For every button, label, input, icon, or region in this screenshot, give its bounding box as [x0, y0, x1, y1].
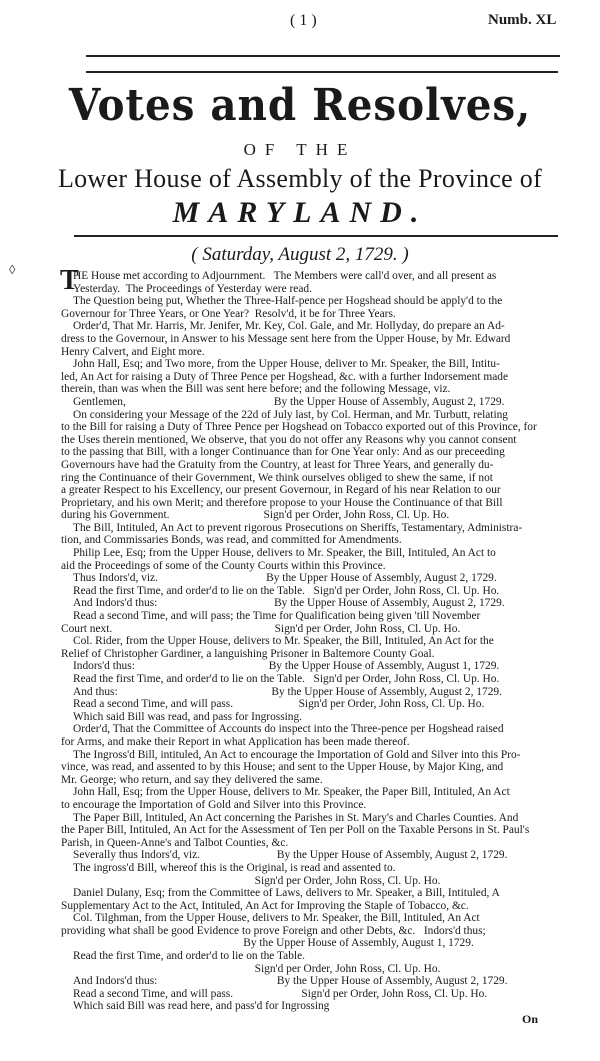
text-line-content: On considering your Message of the 22d o…	[73, 409, 508, 421]
masthead-subtitle: Lower House of Assembly of the Province …	[0, 164, 600, 194]
issue-number: Numb. XL	[488, 12, 556, 29]
text-line: Read the first Time, and order'd to lie …	[61, 673, 540, 686]
catchword: On	[522, 1012, 538, 1027]
text-line-content: The Paper Bill, Intituled, An Act concer…	[73, 812, 518, 824]
text-line: Read a second Time, and will pass. Sign'…	[61, 988, 540, 1001]
text-line: Henry Calvert, and Eight more.	[61, 346, 540, 359]
text-line: John Hall, Esq; and Two more, from the U…	[61, 358, 540, 371]
text-line: providing what shall be good Evidence to…	[61, 925, 540, 938]
text-line: vince, was read, and assented to by this…	[61, 761, 540, 774]
text-line: Yesterday. The Proceedings of Yesterday …	[61, 283, 540, 296]
text-line-content: Thus Indors'd, viz. By the Upper House o…	[73, 572, 497, 584]
text-line-content: Yesterday. The Proceedings of Yesterday …	[73, 283, 312, 295]
text-line-content: providing what shall be good Evidence to…	[61, 925, 486, 937]
text-line: Read a second Time, and will pass. Sign'…	[61, 698, 540, 711]
text-line-content: during his Government. Sign'd per Order,…	[61, 509, 449, 521]
top-rule-divider	[86, 55, 560, 57]
text-line-content: a greater Respect to his Excellency, our…	[61, 484, 501, 496]
text-line-content: Sign'd per Order, John Ross, Cl. Up. Ho.	[61, 963, 440, 975]
masthead-rule-divider	[74, 235, 558, 237]
text-line-content: Which said Bill was read here, and pass'…	[73, 1000, 329, 1012]
text-line: Governour for Three Years, or One Year? …	[61, 308, 540, 321]
text-line-content: the Paper Bill, Intituled, An Act for th…	[61, 824, 529, 836]
text-line: And thus: By the Upper House of Assembly…	[61, 686, 540, 699]
text-line: for Arms, and make their Report in what …	[61, 736, 540, 749]
text-line: dress to the Governour, in Answer to his…	[61, 333, 540, 346]
text-line: THE House met according to Adjournment. …	[61, 270, 540, 283]
text-line-content: Read a second Time, and will pass; the T…	[73, 610, 480, 622]
text-line-content: Order'd, That Mr. Harris, Mr. Jenifer, M…	[73, 320, 505, 332]
text-line: Proprietary, and his own Merit; and ther…	[61, 497, 540, 510]
text-line: Sign'd per Order, John Ross, Cl. Up. Ho.	[61, 875, 540, 888]
text-line: to encourage the Importation of Gold and…	[61, 799, 540, 812]
text-line: Court next. Sign'd per Order, John Ross,…	[61, 623, 540, 636]
text-line: during his Government. Sign'd per Order,…	[61, 509, 540, 522]
text-line: Daniel Dulany, Esq; from the Committee o…	[61, 887, 540, 900]
text-line: Which said Bill was read here, and pass'…	[61, 1000, 540, 1013]
text-line: Parish, in Queen-Anne's and Talbot Count…	[61, 837, 540, 850]
text-line-content: John Hall, Esq; and Two more, from the U…	[73, 358, 500, 370]
text-line: Severally thus Indors'd, viz. By the Upp…	[61, 849, 540, 862]
text-line: the Uses therein mentioned, We observe, …	[61, 434, 540, 447]
text-line: Read the first Time, and order'd to lie …	[61, 950, 540, 963]
text-line: And Indors'd thus: By the Upper House of…	[61, 975, 540, 988]
text-line-content: Gentlemen, By the Upper House of Assembl…	[73, 396, 504, 408]
text-line: The ingross'd Bill, whereof this is the …	[61, 862, 540, 875]
text-line-content: Governours have had the Gratuity from th…	[61, 459, 493, 471]
text-line-content: Which said Bill was read, and pass for I…	[73, 711, 302, 723]
masthead-title: Votes and Resolves,	[24, 80, 576, 131]
text-line-content: Court next. Sign'd per Order, John Ross,…	[61, 623, 460, 635]
text-line-content: Governour for Three Years, or One Year? …	[61, 308, 396, 320]
text-line-content: Philip Lee, Esq; from the Upper House, d…	[73, 547, 496, 559]
text-line-content: Parish, in Queen-Anne's and Talbot Count…	[61, 837, 288, 849]
text-line: Thus Indors'd, viz. By the Upper House o…	[61, 572, 540, 585]
text-line-content: Sign'd per Order, John Ross, Cl. Up. Ho.	[61, 875, 440, 887]
text-line-content: Read the first Time, and order'd to lie …	[73, 950, 305, 962]
text-line: Gentlemen, By the Upper House of Assembl…	[61, 396, 540, 409]
text-line-content: Severally thus Indors'd, viz. By the Upp…	[73, 849, 507, 861]
text-line: tion, and Commissaries Bonds, was read, …	[61, 534, 540, 547]
text-line-content: Read the first Time, and order'd to lie …	[73, 585, 499, 597]
text-line: Supplementary Act to the Act, Intituled,…	[61, 900, 540, 913]
text-line-content: Relief of Christopher Gardiner, a langui…	[61, 648, 434, 660]
text-line: By the Upper House of Assembly, August 1…	[61, 937, 540, 950]
text-line-content: aid the Proceedings of some of the Count…	[61, 560, 386, 572]
text-line: Which said Bill was read, and pass for I…	[61, 711, 540, 724]
text-line-content: to encourage the Importation of Gold and…	[61, 799, 366, 811]
text-line: On considering your Message of the 22d o…	[61, 409, 540, 422]
text-line: Order'd, That Mr. Harris, Mr. Jenifer, M…	[61, 320, 540, 333]
text-line-content: Read a second Time, and will pass. Sign'…	[73, 698, 484, 710]
text-line-content: The Question being put, Whether the Thre…	[73, 295, 502, 307]
text-line: Relief of Christopher Gardiner, a langui…	[61, 648, 540, 661]
text-line: Mr. George; who return, and say they del…	[61, 774, 540, 787]
text-line: The Bill, Intituled, An Act to prevent r…	[61, 522, 540, 535]
text-line-content: Daniel Dulany, Esq; from the Committee o…	[73, 887, 500, 899]
text-line-content: And Indors'd thus: By the Upper House of…	[73, 975, 507, 987]
text-line-content: Col. Rider, from the Upper House, delive…	[73, 635, 494, 647]
date-line: ( Saturday, August 2, 1729. )	[0, 244, 600, 266]
text-line: aid the Proceedings of some of the Count…	[61, 560, 540, 573]
document-page: ( 1 ) Numb. XL Votes and Resolves, OF TH…	[0, 0, 600, 1061]
text-line-content: Order'd, That the Committee of Accounts …	[73, 723, 504, 735]
margin-mark-icon: ◊	[9, 262, 15, 278]
text-line-content: the Uses therein mentioned, We observe, …	[61, 434, 516, 446]
text-line-content: The Ingross'd Bill, intituled, An Act to…	[73, 749, 521, 761]
text-line: Read a second Time, and will pass; the T…	[61, 610, 540, 623]
text-line: ring the Continuance of their Government…	[61, 472, 540, 485]
text-line-content: HE House met according to Adjournment. T…	[73, 270, 496, 282]
text-line: Sign'd per Order, John Ross, Cl. Up. Ho.	[61, 963, 540, 976]
text-line-content: vince, was read, and assented to by this…	[61, 761, 503, 773]
text-line: the Paper Bill, Intituled, An Act for th…	[61, 824, 540, 837]
text-line-content: John Hall, Esq; from the Upper House, de…	[73, 786, 510, 798]
second-rule-divider	[86, 71, 558, 73]
masthead-province: MARYLAND.	[0, 196, 600, 230]
text-line: Governours have had the Gratuity from th…	[61, 459, 540, 472]
text-line-content: Supplementary Act to the Act, Intituled,…	[61, 900, 469, 912]
text-line-content: Col. Tilghman, from the Upper House, del…	[73, 912, 480, 924]
text-line: The Ingross'd Bill, intituled, An Act to…	[61, 749, 540, 762]
text-line-content: And Indors'd thus: By the Upper House of…	[73, 597, 505, 609]
text-line-content: Read a second Time, and will pass. Sign'…	[73, 988, 487, 1000]
text-line-content: Read the first Time, and order'd to lie …	[73, 673, 499, 685]
text-line-content: Proprietary, and his own Merit; and ther…	[61, 497, 503, 509]
text-line-content: dress to the Governour, in Answer to his…	[61, 333, 510, 345]
masthead-of-the: OF THE	[0, 140, 600, 160]
text-line-content: The ingross'd Bill, whereof this is the …	[73, 862, 396, 874]
text-line: The Question being put, Whether the Thre…	[61, 295, 540, 308]
text-line: Col. Tilghman, from the Upper House, del…	[61, 912, 540, 925]
text-line-content: And thus: By the Upper House of Assembly…	[73, 686, 502, 698]
text-line: Read the first Time, and order'd to lie …	[61, 585, 540, 598]
text-line-content: The Bill, Intituled, An Act to prevent r…	[73, 522, 522, 534]
text-line: Philip Lee, Esq; from the Upper House, d…	[61, 547, 540, 560]
text-line: And Indors'd thus: By the Upper House of…	[61, 597, 540, 610]
text-line: Col. Rider, from the Upper House, delive…	[61, 635, 540, 648]
text-line-content: led, An Act for raising a Duty of Three …	[61, 371, 508, 383]
text-line: John Hall, Esq; from the Upper House, de…	[61, 786, 540, 799]
text-line: to the Bill for raising a Duty of Three …	[61, 421, 540, 434]
text-line: The Paper Bill, Intituled, An Act concer…	[61, 812, 540, 825]
proceedings-body: THE House met according to Adjournment. …	[61, 270, 540, 1013]
text-line: led, An Act for raising a Duty of Three …	[61, 371, 540, 384]
text-line-content: By the Upper House of Assembly, August 1…	[61, 937, 474, 949]
text-line-content: for Arms, and make their Report in what …	[61, 736, 410, 748]
text-line: to the passing that Bill, with a longer …	[61, 446, 540, 459]
text-line-content: therein, than was when the Bill was sent…	[61, 383, 450, 395]
text-line-content: Henry Calvert, and Eight more.	[61, 346, 205, 358]
text-line-content: tion, and Commissaries Bonds, was read, …	[61, 534, 402, 546]
text-line: Order'd, That the Committee of Accounts …	[61, 723, 540, 736]
text-line: therein, than was when the Bill was sent…	[61, 383, 540, 396]
text-line: Indors'd thus: By the Upper House of Ass…	[61, 660, 540, 673]
text-line-content: to the Bill for raising a Duty of Three …	[61, 421, 537, 433]
text-line-content: Mr. George; who return, and say they del…	[61, 774, 323, 786]
text-line: a greater Respect to his Excellency, our…	[61, 484, 540, 497]
text-line-content: to the passing that Bill, with a longer …	[61, 446, 505, 458]
page-number: ( 1 )	[290, 12, 317, 30]
text-line-content: ring the Continuance of their Government…	[61, 472, 493, 484]
text-line-content: Indors'd thus: By the Upper House of Ass…	[73, 660, 499, 672]
